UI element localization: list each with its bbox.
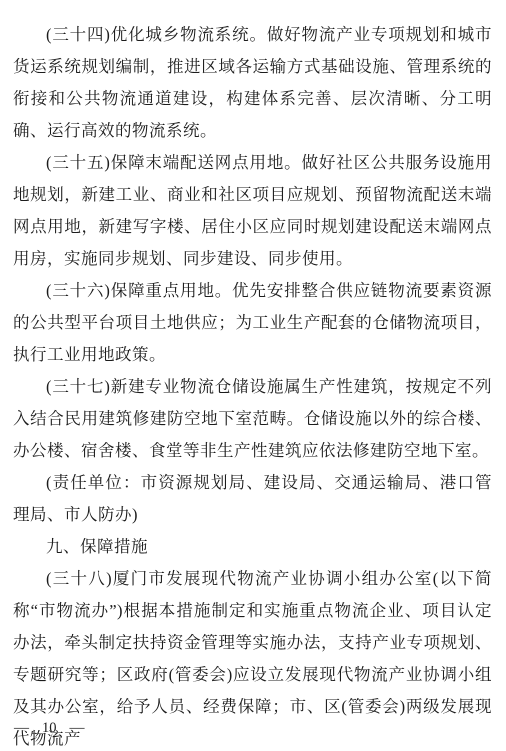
paragraph-item-37: (三十七)新建专业物流仓储设施属生产性建筑，按规定不列入结合民用建筑修建防空地下…: [13, 371, 492, 467]
page-number: 10: [42, 718, 57, 738]
section-heading-9: 九、保障措施: [13, 531, 492, 563]
paragraph-item-34: (三十四)优化城乡物流系统。做好物流产业专项规划和城市货运系统规划编制，推进区域…: [13, 19, 492, 147]
document-page: (三十四)优化城乡物流系统。做好物流产业专项规划和城市货运系统规划编制，推进区域…: [0, 0, 506, 751]
footer-dash-right: —: [70, 718, 85, 738]
paragraph-item-36: (三十六)保障重点用地。优先安排整合供应链物流要素资源的公共型平台项目土地供应；…: [13, 275, 492, 371]
page-footer: —10—: [14, 718, 85, 738]
paragraph-responsible-units: (责任单位：市资源规划局、建设局、交通运输局、港口管理局、市人防办): [13, 467, 492, 531]
paragraph-item-35: (三十五)保障末端配送网点用地。做好社区公共服务设施用地规划，新建工业、商业和社…: [13, 147, 492, 275]
footer-dash-left: —: [14, 718, 29, 738]
